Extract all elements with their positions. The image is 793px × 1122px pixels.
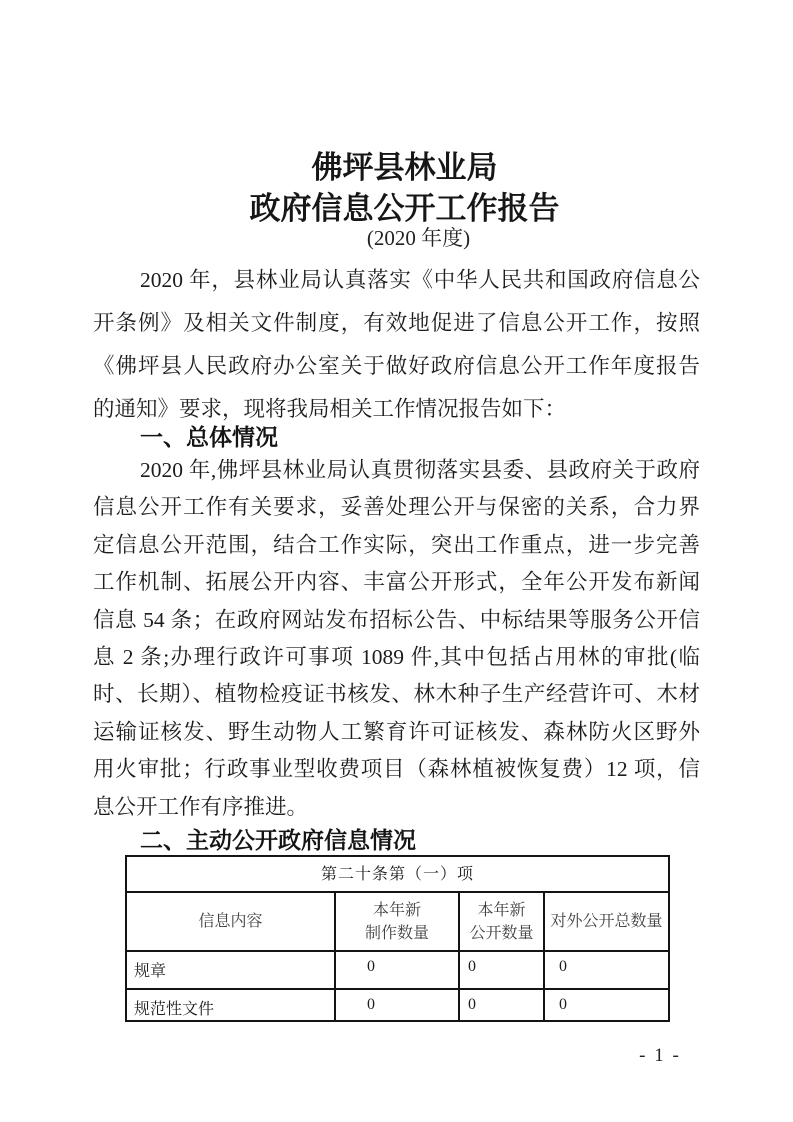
paragraph-line: 运输证核发、野生动物人工繁育许可证核发、森林防火区野外 <box>93 714 700 751</box>
table-span-header-row: 第二十条第（一）项 <box>126 856 669 892</box>
cell-value: 0 <box>459 989 544 1021</box>
document-title: 佛坪县林业局 政府信息公开工作报告 <box>101 147 708 229</box>
cell-value: 0 <box>544 951 669 989</box>
document-subtitle: (2020 年度) <box>115 224 722 252</box>
table-span-header: 第二十条第（一）项 <box>126 856 669 892</box>
section-heading-proactive-disclosure: 二、主动公开政府信息情况 <box>93 827 700 853</box>
table-header-row: 信息内容 本年新 制作数量 本年新 公开数量 对外公开总数量 <box>126 892 669 951</box>
document-title-line1: 佛坪县林业局 <box>101 147 708 188</box>
cell-value: 0 <box>335 989 459 1021</box>
cell-value: 0 <box>459 951 544 989</box>
col-header-total-public-count: 对外公开总数量 <box>544 892 669 951</box>
paragraph-line: 时、长期）、植物检疫证书核发、林木种子生产经营许可、木材 <box>93 676 700 713</box>
row-label: 规范性文件 <box>126 989 335 1021</box>
paragraph-line: 《佛坪县人民政府办公室关于做好政府信息公开工作年度报告 <box>93 345 700 388</box>
paragraph-line: 定信息公开范围，结合工作实际，突出工作重点，进一步完善 <box>93 527 700 564</box>
col-header-new-made-count: 本年新 制作数量 <box>335 892 459 951</box>
col-header-new-published-count: 本年新 公开数量 <box>459 892 544 951</box>
overall-situation-paragraph: 2020 年,佛坪县林业局认真贯彻落实县委、县政府关于政府 信息公开工作有关要求… <box>93 452 700 826</box>
page-number: - 1 - <box>600 1045 720 1067</box>
paragraph-line: 息公开工作有序推进。 <box>93 789 700 826</box>
paragraph-line: 息 2 条;办理行政许可事项 1089 件,其中包括占用林的审批(临 <box>93 639 700 676</box>
paragraph-line: 工作机制、拓展公开内容、丰富公开形式，全年公开发布新闻 <box>93 564 700 601</box>
col-header-info-content: 信息内容 <box>126 892 335 951</box>
section-heading-overall: 一、总体情况 <box>93 424 700 450</box>
paragraph-line: 信息公开工作有关要求，妥善处理公开与保密的关系，合力界 <box>93 489 700 526</box>
paragraph-line: 2020 年，县林业局认真落实《中华人民共和国政府信息公 <box>93 259 700 302</box>
paragraph-line: 用火审批；行政事业型收费项目（森林植被恢复费）12 项，信 <box>93 751 700 788</box>
intro-paragraph: 2020 年，县林业局认真落实《中华人民共和国政府信息公 开条例》及相关文件制度… <box>93 259 700 431</box>
paragraph-line: 信息 54 条；在政府网站发布招标公告、中标结果等服务公开信 <box>93 602 700 639</box>
paragraph-line: 开条例》及相关文件制度，有效地促进了信息公开工作，按照 <box>93 302 700 345</box>
table-row-normative-documents: 规范性文件 0 0 0 <box>126 989 669 1021</box>
document-title-line2: 政府信息公开工作报告 <box>101 188 708 229</box>
row-label: 规章 <box>126 951 335 989</box>
paragraph-line: 2020 年,佛坪县林业局认真贯彻落实县委、县政府关于政府 <box>93 452 700 489</box>
cell-value: 0 <box>335 951 459 989</box>
info-disclosure-table: 第二十条第（一）项 信息内容 本年新 制作数量 本年新 公开数量 对外公开总数量… <box>125 855 670 1022</box>
document-page: 佛坪县林业局 政府信息公开工作报告 (2020 年度) 2020 年，县林业局认… <box>0 0 793 1122</box>
table-row-regulations: 规章 0 0 0 <box>126 951 669 989</box>
cell-value: 0 <box>544 989 669 1021</box>
